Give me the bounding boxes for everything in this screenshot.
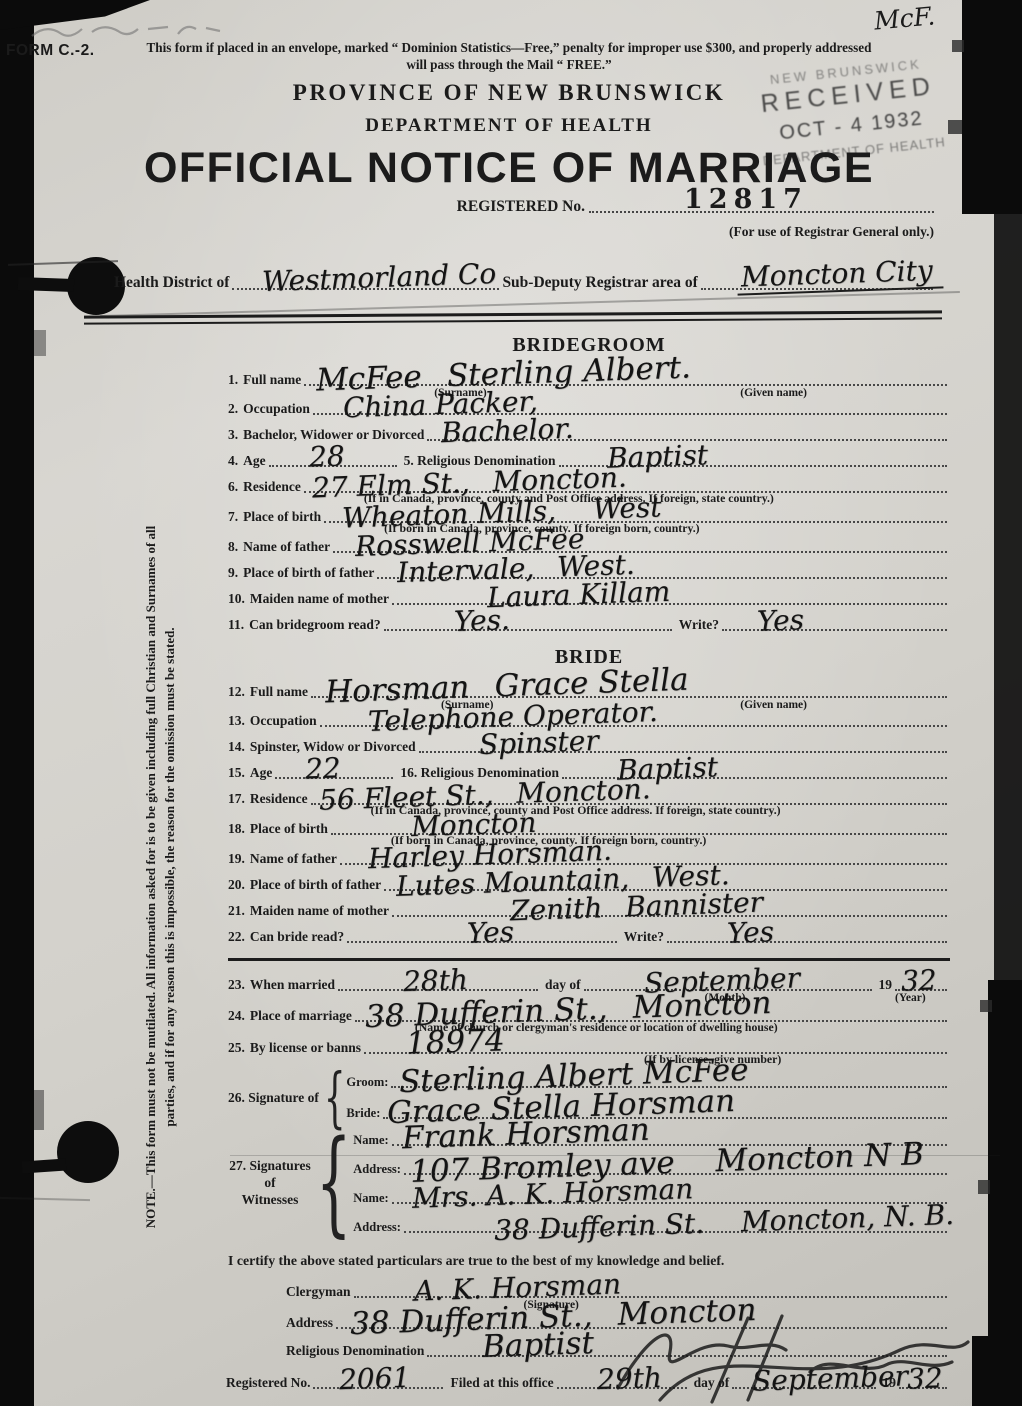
given-name-caption: (Given name) bbox=[740, 699, 807, 711]
handwritten-value: Laura Killam bbox=[487, 578, 671, 612]
field-row-bride-mother: 21. Maiden name of mother Zenith Bannist… bbox=[228, 904, 950, 919]
dotted-line: Moncton (If born in Canada, province, co… bbox=[331, 830, 947, 835]
field-number: 19. bbox=[228, 851, 245, 867]
handwritten-value: 28 bbox=[308, 442, 345, 471]
witness-rows: Name: Frank Horsman Address: 107 Bromley… bbox=[353, 1133, 950, 1235]
dotted-line: Yes bbox=[667, 938, 947, 943]
witnesses-brace: { bbox=[316, 1135, 352, 1232]
field-number: 4. bbox=[228, 453, 238, 469]
field-label: Residence bbox=[250, 791, 308, 807]
field-number: 15. bbox=[228, 765, 245, 781]
witness2-name: Mrs. A. K. Horsman bbox=[411, 1175, 693, 1213]
scan-edge-right-strip bbox=[994, 214, 1022, 984]
dotted-line: Yes bbox=[722, 626, 947, 631]
dotted-line: 56 Fleet St., Moncton. (If in Canada, pr… bbox=[311, 800, 947, 805]
field-label: Can bride read? bbox=[250, 929, 344, 945]
dotted-line: Telephone Operator. bbox=[320, 722, 947, 727]
field-label: Occupation bbox=[243, 401, 310, 417]
field-number: 14. bbox=[228, 739, 245, 755]
address-label: Address bbox=[286, 1315, 333, 1331]
registered-number-label: REGISTERED No. bbox=[457, 198, 585, 216]
field-row-bride-read-write: 22. Can bride read? Yes Write? Yes bbox=[228, 930, 950, 945]
scan-noise bbox=[34, 330, 46, 356]
bride-label: Bride: bbox=[346, 1106, 380, 1121]
registered-no-label: Registered No. bbox=[226, 1375, 310, 1391]
health-district-value: Westmorland Co bbox=[262, 260, 497, 296]
address-label: Address: bbox=[353, 1220, 401, 1235]
witnesses-label-line2: of bbox=[228, 1175, 312, 1192]
day-of-label: day of bbox=[545, 977, 581, 993]
registered-number-line: REGISTERED No. 12817 bbox=[80, 198, 938, 216]
dotted-line: Rosswell McFee bbox=[333, 548, 947, 553]
field-label: Residence bbox=[243, 479, 301, 495]
witnesses-label: 27. Signatures of Witnesses bbox=[228, 1158, 312, 1209]
side-note-line2: parties, and if for any reason this is i… bbox=[161, 491, 180, 1263]
field-label: Full name bbox=[243, 372, 301, 388]
handwritten-value: Yes. bbox=[453, 606, 510, 636]
field-label: By license or banns bbox=[250, 1040, 361, 1056]
field-label: Place of birth of father bbox=[250, 877, 381, 893]
dotted-line: 2061 bbox=[313, 1384, 443, 1389]
scan-noise bbox=[978, 1180, 990, 1194]
hole-punch-bottom bbox=[57, 1121, 119, 1183]
dotted-line: Yes bbox=[347, 938, 617, 943]
dotted-line: 12817 bbox=[589, 208, 934, 213]
dotted-line: McFee Sterling Albert. (Surname) (Given … bbox=[304, 381, 947, 386]
field-number: 7. bbox=[228, 509, 238, 525]
witnesses-label-line3: Witnesses bbox=[228, 1192, 312, 1209]
field-number: 12. bbox=[228, 684, 245, 700]
handwritten-value: Zenith Bannister bbox=[510, 889, 764, 926]
field-number: 21. bbox=[228, 903, 245, 919]
field-label: Place of birth bbox=[250, 821, 328, 837]
field-label: Maiden name of mother bbox=[250, 903, 389, 919]
field-number: 16. bbox=[400, 765, 417, 780]
name-label: Name: bbox=[353, 1133, 388, 1148]
address-label: Address: bbox=[353, 1162, 401, 1177]
hole-punch-tail bbox=[22, 1158, 67, 1173]
form-body: BRIDEGROOM 1. Full name McFee Sterling A… bbox=[228, 332, 950, 1391]
scan-edge-left bbox=[0, 0, 34, 1406]
hole-punch-tail bbox=[18, 277, 74, 292]
field-row-groom-full-name: 1. Full name McFee Sterling Albert. (Sur… bbox=[228, 373, 950, 388]
field-number: 3. bbox=[228, 427, 238, 443]
handwritten-value: Spinster bbox=[478, 727, 599, 759]
filed-label: Filed at this office bbox=[450, 1375, 553, 1391]
field-number: 13. bbox=[228, 713, 245, 729]
dotted-line: 28 bbox=[269, 462, 397, 467]
form-header: This form if placed in an envelope, mark… bbox=[80, 40, 938, 240]
clergyman-denomination: Baptist bbox=[482, 1328, 595, 1363]
handwritten-value: 22 bbox=[305, 754, 342, 783]
dotted-line: 22 bbox=[275, 774, 393, 779]
field-number: 1. bbox=[228, 372, 238, 388]
year-prefix: 19 bbox=[879, 977, 893, 993]
witnesses-label-line1: 27. Signatures bbox=[228, 1158, 312, 1175]
mailing-notice-line2: will pass through the Mail “ FREE.” bbox=[80, 57, 938, 74]
witnesses-block: 27. Signatures of Witnesses { Name: Fran… bbox=[228, 1133, 950, 1235]
dotted-line: 18974 (If by license, give number) bbox=[364, 1049, 947, 1054]
field-label: Place of marriage bbox=[250, 1008, 352, 1024]
field-number: 17. bbox=[228, 791, 245, 807]
dotted-line: 38 Dufferin St. Moncton, N. B. bbox=[404, 1228, 947, 1233]
dotted-line: 28th bbox=[338, 986, 538, 991]
registered-no-value: 2061 bbox=[339, 1363, 411, 1393]
field-row-bride-residence: 17. Residence 56 Fleet St., Moncton. (If… bbox=[228, 792, 950, 807]
given-name-caption: (Given name) bbox=[740, 387, 807, 399]
groom-label: Groom: bbox=[346, 1075, 388, 1090]
field-label: Place of birth bbox=[243, 509, 321, 525]
year-caption: (Year) bbox=[895, 992, 926, 1004]
province-title: PROVINCE OF NEW BRUNSWICK bbox=[80, 80, 938, 106]
scan-noise bbox=[34, 1090, 44, 1130]
field-number: 18. bbox=[228, 821, 245, 837]
dotted-line: 32 (Year) bbox=[895, 986, 947, 991]
scan-noise bbox=[952, 40, 964, 52]
field-number: 26. bbox=[228, 1090, 245, 1105]
denomination-label: Religious Denomination bbox=[286, 1343, 424, 1359]
handwritten-value: Yes bbox=[727, 918, 775, 948]
dotted-line: Westmorland Co bbox=[232, 285, 499, 290]
side-note-line1: NOTE.—This form must not be mutilated. A… bbox=[142, 491, 161, 1263]
field-number: 6. bbox=[228, 479, 238, 495]
side-note: NOTE.—This form must not be mutilated. A… bbox=[142, 491, 188, 1263]
subdeputy-area-label: Sub-Deputy Registrar area of bbox=[502, 274, 697, 292]
field-row-license: 25. By license or banns 18974 (If by lic… bbox=[228, 1041, 950, 1056]
certification-statement: I certify the above stated particulars a… bbox=[228, 1253, 950, 1269]
field-label: Signature of bbox=[248, 1090, 319, 1105]
handwritten-value: Yes bbox=[467, 918, 515, 948]
district-line: Health District of Westmorland Co Sub-De… bbox=[114, 274, 936, 292]
field-label: Place of birth of father bbox=[243, 565, 374, 581]
section-divider-rule bbox=[228, 958, 950, 961]
handwritten-day: 28th bbox=[403, 966, 469, 996]
field-row-groom-birthplace: 7. Place of birth Wheaton Mills, West (I… bbox=[228, 510, 950, 525]
write-label: Write? bbox=[679, 617, 719, 633]
document-title: OFFICIAL NOTICE OF MARRIAGE bbox=[80, 144, 938, 193]
field-number: 9. bbox=[228, 565, 238, 581]
dotted-line: Moncton City bbox=[701, 285, 933, 290]
field-number: 22. bbox=[228, 929, 245, 945]
field-number: 24. bbox=[228, 1008, 245, 1024]
write-label: Write? bbox=[624, 929, 664, 945]
field-label: Occupation bbox=[250, 713, 317, 729]
handwritten-value: Bachelor. bbox=[441, 415, 574, 448]
registrar-general-note: (For use of Registrar General only.) bbox=[80, 224, 938, 240]
field-number: 2. bbox=[228, 401, 238, 417]
field-label: Full name bbox=[250, 684, 308, 700]
scanned-marriage-notice-form: NEW BRUNSWICK RECEIVED OCT - 4 1932 DEPA… bbox=[0, 0, 1022, 1406]
field-row-place-of-marriage: 24. Place of marriage 38 Dufferin St., M… bbox=[228, 1009, 950, 1024]
department-title: DEPARTMENT OF HEALTH bbox=[80, 115, 938, 137]
mailing-notice-line1: This form if placed in an envelope, mark… bbox=[80, 40, 938, 57]
field-label: Name of father bbox=[250, 851, 337, 867]
registered-number-value: 12817 bbox=[684, 184, 808, 215]
field-label: Age bbox=[243, 453, 266, 469]
field-label: Maiden name of mother bbox=[250, 591, 389, 607]
handwritten-value: Yes bbox=[757, 606, 805, 636]
field-label: Name of father bbox=[243, 539, 330, 555]
health-district-label: Health District of bbox=[114, 274, 229, 292]
scan-edge-top-right bbox=[962, 0, 1022, 214]
field-number: 25. bbox=[228, 1040, 245, 1056]
registrar-signature-scribble bbox=[600, 1312, 1020, 1406]
field-number: 23. bbox=[228, 977, 245, 993]
field-number: 10. bbox=[228, 591, 245, 607]
signature-of-label: 26. Signature of bbox=[228, 1090, 319, 1106]
dotted-line: 38 Dufferin St., Moncton (Name of church… bbox=[355, 1017, 947, 1022]
dotted-line: China Packer, bbox=[313, 410, 947, 415]
name-label: Name: bbox=[353, 1191, 388, 1206]
field-number: 20. bbox=[228, 877, 245, 893]
clergyman-label: Clergyman bbox=[286, 1284, 351, 1300]
scan-noise bbox=[980, 1000, 992, 1012]
field-row-groom-occupation: 2. Occupation China Packer, bbox=[228, 402, 950, 417]
dotted-line: Wheaton Mills, West (If born in Canada, … bbox=[324, 518, 947, 523]
field-label: When married bbox=[250, 977, 335, 993]
field-label: Age bbox=[250, 765, 273, 781]
handwritten-value: 18974 bbox=[406, 1025, 506, 1059]
field-label: Can bridegroom read? bbox=[249, 617, 381, 633]
witness2-address-row: Address: 38 Dufferin St. Moncton, N. B. bbox=[353, 1220, 950, 1235]
field-row-groom-mother: 10. Maiden name of mother Laura Killam bbox=[228, 592, 950, 607]
dotted-line: Yes. bbox=[384, 626, 672, 631]
handwritten-corner-note: McF. bbox=[873, 1, 936, 35]
field-number: 11. bbox=[228, 617, 244, 633]
double-rule-bottom bbox=[84, 317, 942, 324]
field-row-groom-read-write: 11. Can bridegroom read? Yes. Write? Yes bbox=[228, 618, 950, 633]
subdeputy-area-value: Moncton City bbox=[736, 256, 943, 295]
field-number: 5. bbox=[404, 453, 414, 468]
field-number: 8. bbox=[228, 539, 238, 555]
